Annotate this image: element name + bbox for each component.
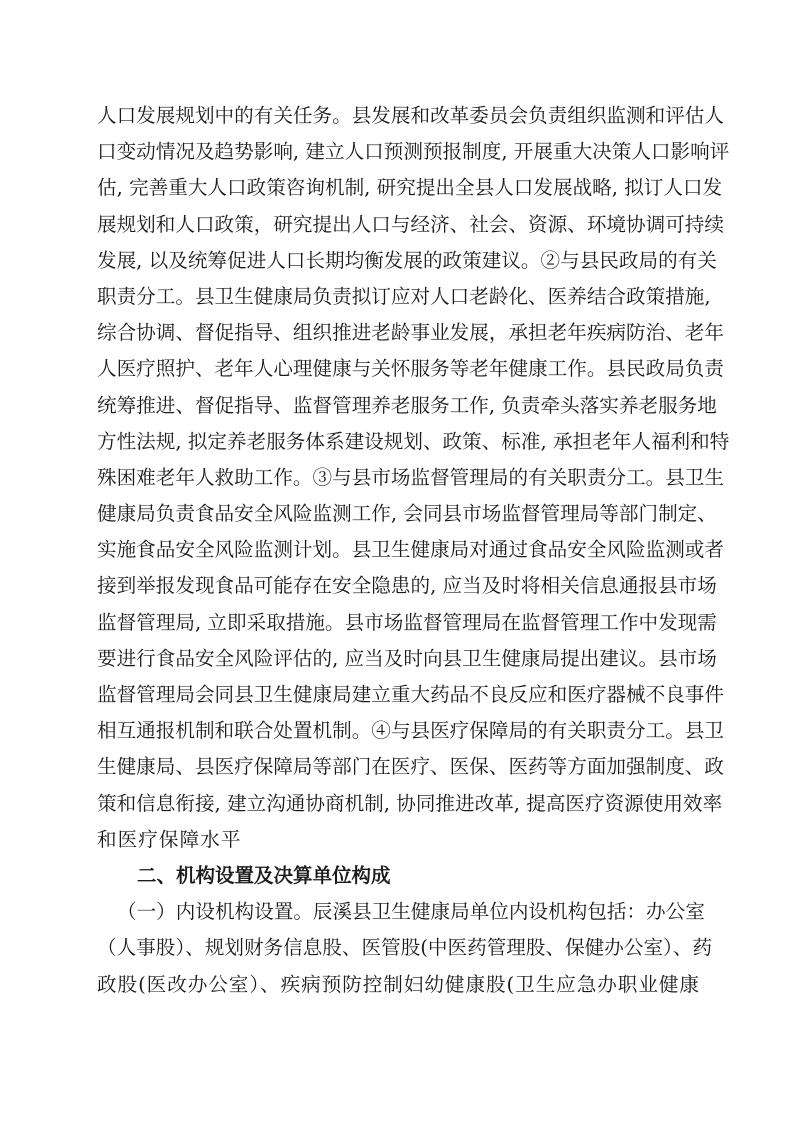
text-line: 人口发展规划中的有关任务。县发展和改革委员会负责组织监测和评估人 bbox=[97, 98, 699, 134]
paragraph-responsibilities: 人口发展规划中的有关任务。县发展和改革委员会负责组织监测和评估人 口变动情况及趋… bbox=[97, 98, 699, 858]
text-line: 殊困难老年人救助工作。③与县市场监督管理局的有关职责分工。县卫生 bbox=[97, 460, 699, 496]
text-line: 口变动情况及趋势影响, 建立人口预测预报制度, 开展重大决策人口影响评 bbox=[97, 134, 699, 170]
document-page: 人口发展规划中的有关任务。县发展和改革委员会负责组织监测和评估人 口变动情况及趋… bbox=[97, 98, 699, 1003]
text-line: 要进行食品安全风险评估的, 应当及时向县卫生健康局提出建议。县市场 bbox=[97, 641, 699, 677]
text-line: 监督管理局会同县卫生健康局建立重大药品不良反应和医疗器械不良事件 bbox=[97, 677, 699, 713]
text-line: 方性法规, 拟定养老服务体系建设规划、政策、标准, 承担老年人福利和特 bbox=[97, 424, 699, 460]
text-line: 估, 完善重大人口政策咨询机制, 研究提出全县人口发展战略, 拟订人口发 bbox=[97, 170, 699, 206]
text-line: 接到举报发现食品可能存在安全隐患的, 应当及时将相关信息通报县市场 bbox=[97, 568, 699, 604]
text-line: 政股(医改办公室）、疾病预防控制妇幼健康股(卫生应急办职业健康 bbox=[97, 967, 699, 1003]
text-line: 健康局负责食品安全风险监测工作, 会同县市场监督管理局等部门制定、 bbox=[97, 496, 699, 532]
text-line: 实施食品安全风险监测计划。县卫生健康局对通过食品安全风险监测或者 bbox=[97, 532, 699, 568]
section-heading: 二、机构设置及决算单位构成 bbox=[97, 858, 699, 894]
text-line: 职责分工。县卫生健康局负责拟订应对人口老龄化、医养结合政策措施, bbox=[97, 279, 699, 315]
text-line: 监督管理局, 立即采取措施。县市场监督管理局在监督管理工作中发现需 bbox=[97, 605, 699, 641]
text-line: 发展, 以及统筹促进人口长期均衡发展的政策建议。②与县民政局的有关 bbox=[97, 243, 699, 279]
text-line: 综合协调、督促指导、组织推进老龄事业发展，承担老年疾病防治、老年 bbox=[97, 315, 699, 351]
text-line: 相互通报机制和联合处置机制。④与县医疗保障局的有关职责分工。县卫 bbox=[97, 713, 699, 749]
text-line: 人医疗照护、老年人心理健康与关怀服务等老年健康工作。县民政局负责 bbox=[97, 351, 699, 387]
text-line: 策和信息衔接, 建立沟通协商机制, 协同推进改革, 提高医疗资源使用效率 bbox=[97, 786, 699, 822]
paragraph-internal-structure: （一）内设机构设置。辰溪县卫生健康局单位内设机构包括：办公室 （人事股）、规划财… bbox=[97, 894, 699, 1003]
text-line: 展规划和人口政策，研究提出人口与经济、社会、资源、环境协调可持续 bbox=[97, 207, 699, 243]
text-line: （人事股）、规划财务信息股、医管股(中医药管理股、保健办公室）、药 bbox=[97, 930, 699, 966]
text-line: （一）内设机构设置。辰溪县卫生健康局单位内设机构包括：办公室 bbox=[97, 894, 699, 930]
text-line: 生健康局、县医疗保障局等部门在医疗、医保、医药等方面加强制度、政 bbox=[97, 749, 699, 785]
text-line: 和医疗保障水平 bbox=[97, 822, 699, 858]
text-line: 统筹推进、督促指导、监督管理养老服务工作, 负责牵头落实养老服务地 bbox=[97, 388, 699, 424]
